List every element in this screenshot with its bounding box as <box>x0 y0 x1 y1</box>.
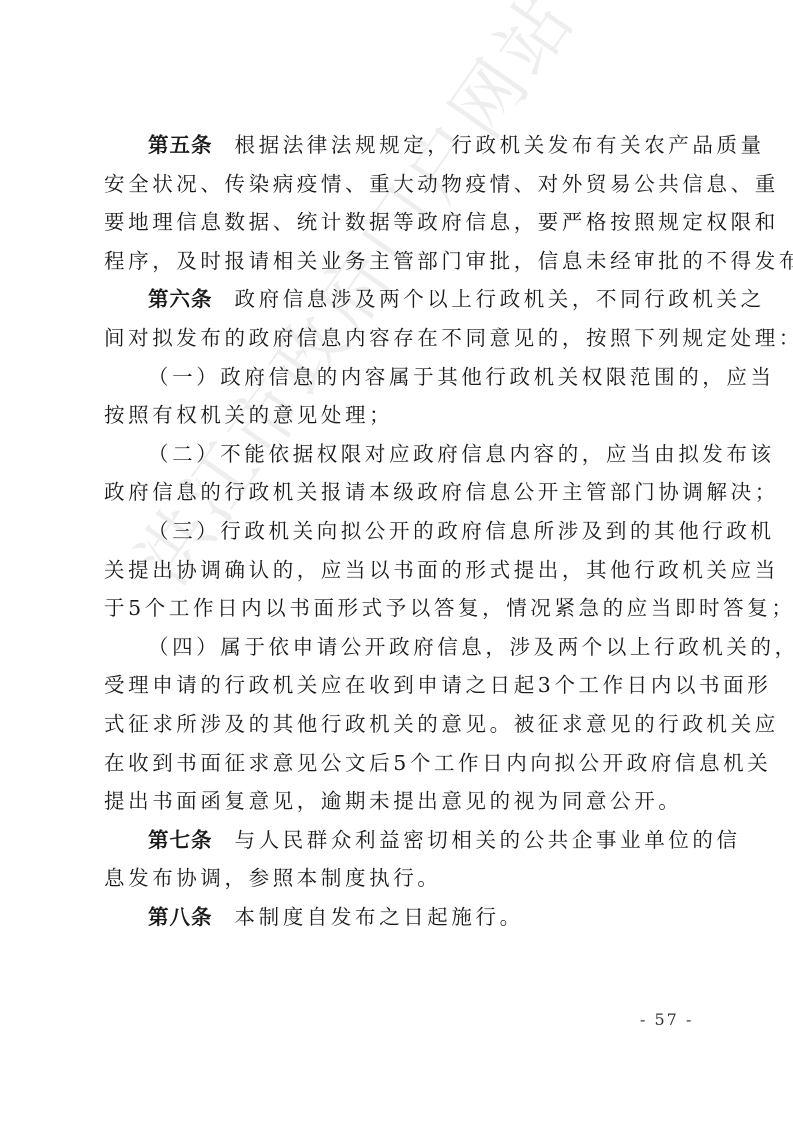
paragraph-line: 息发布协调，参照本制度执行。 <box>104 859 692 898</box>
paragraph-line: （二）不能依据权限对应政府信息内容的，应当由拟发布该 <box>104 435 692 474</box>
paragraph-line: 第八条本制度自发布之日起施行。 <box>104 898 692 937</box>
paragraph-line: （一）政府信息的内容属于其他行政机关权限范围的，应当 <box>104 358 692 397</box>
paragraph-line: 程序，及时报请相关业务主管部门审批，信息未经审批的不得发布。 <box>104 242 692 281</box>
paragraph-line: 提出书面函复意见，逾期未提出意见的视为同意公开。 <box>104 782 692 821</box>
paragraph-line: 关提出协调确认的，应当以书面的形式提出，其他行政机关应当 <box>104 551 692 590</box>
paragraph-line: 安全状况、传染病疫情、重大动物疫情、对外贸易公共信息、重 <box>104 165 692 204</box>
article-heading: 第五条 <box>148 133 213 157</box>
paragraph-line: 按照有权机关的意见处理； <box>104 396 692 435</box>
paragraph-line: 第五条根据法律法规规定，行政机关发布有关农产品质量 <box>104 126 692 165</box>
paragraph-line: 在收到书面征求意见公文后5个工作日内向拟公开政府信息机关 <box>104 744 692 783</box>
article-heading: 第七条 <box>148 828 213 852</box>
paragraph-line: 受理申请的行政机关应在收到申请之日起3个工作日内以书面形 <box>104 666 692 705</box>
document-page: 洪江市政府门户网站 第五条根据法律法规规定，行政机关发布有关农产品质量 安全状况… <box>0 0 793 1122</box>
paragraph-line: 第六条政府信息涉及两个以上行政机关，不同行政机关之 <box>104 280 692 319</box>
paragraph-line: 间对拟发布的政府信息内容存在不同意见的，按照下列规定处理： <box>104 319 692 358</box>
article-heading: 第八条 <box>148 905 213 929</box>
paragraph-line: 于5个工作日内以书面形式予以答复，情况紧急的应当即时答复； <box>104 589 692 628</box>
paragraph-line: 第七条与人民群众利益密切相关的公共企事业单位的信 <box>104 821 692 860</box>
paragraph-line: 政府信息的行政机关报请本级政府信息公开主管部门协调解决； <box>104 473 692 512</box>
paragraph-line: 式征求所涉及的其他行政机关的意见。被征求意见的行政机关应 <box>104 705 692 744</box>
page-number: - 57 - <box>640 1010 693 1029</box>
document-body: 第五条根据法律法规规定，行政机关发布有关农产品质量 安全状况、传染病疫情、重大动… <box>104 126 692 936</box>
article-heading: 第六条 <box>148 287 213 311</box>
paragraph-line: 要地理信息数据、统计数据等政府信息，要严格按照规定权限和 <box>104 203 692 242</box>
paragraph-line: （四）属于依申请公开政府信息，涉及两个以上行政机关的， <box>104 628 692 667</box>
paragraph-line: （三）行政机关向拟公开的政府信息所涉及到的其他行政机 <box>104 512 692 551</box>
